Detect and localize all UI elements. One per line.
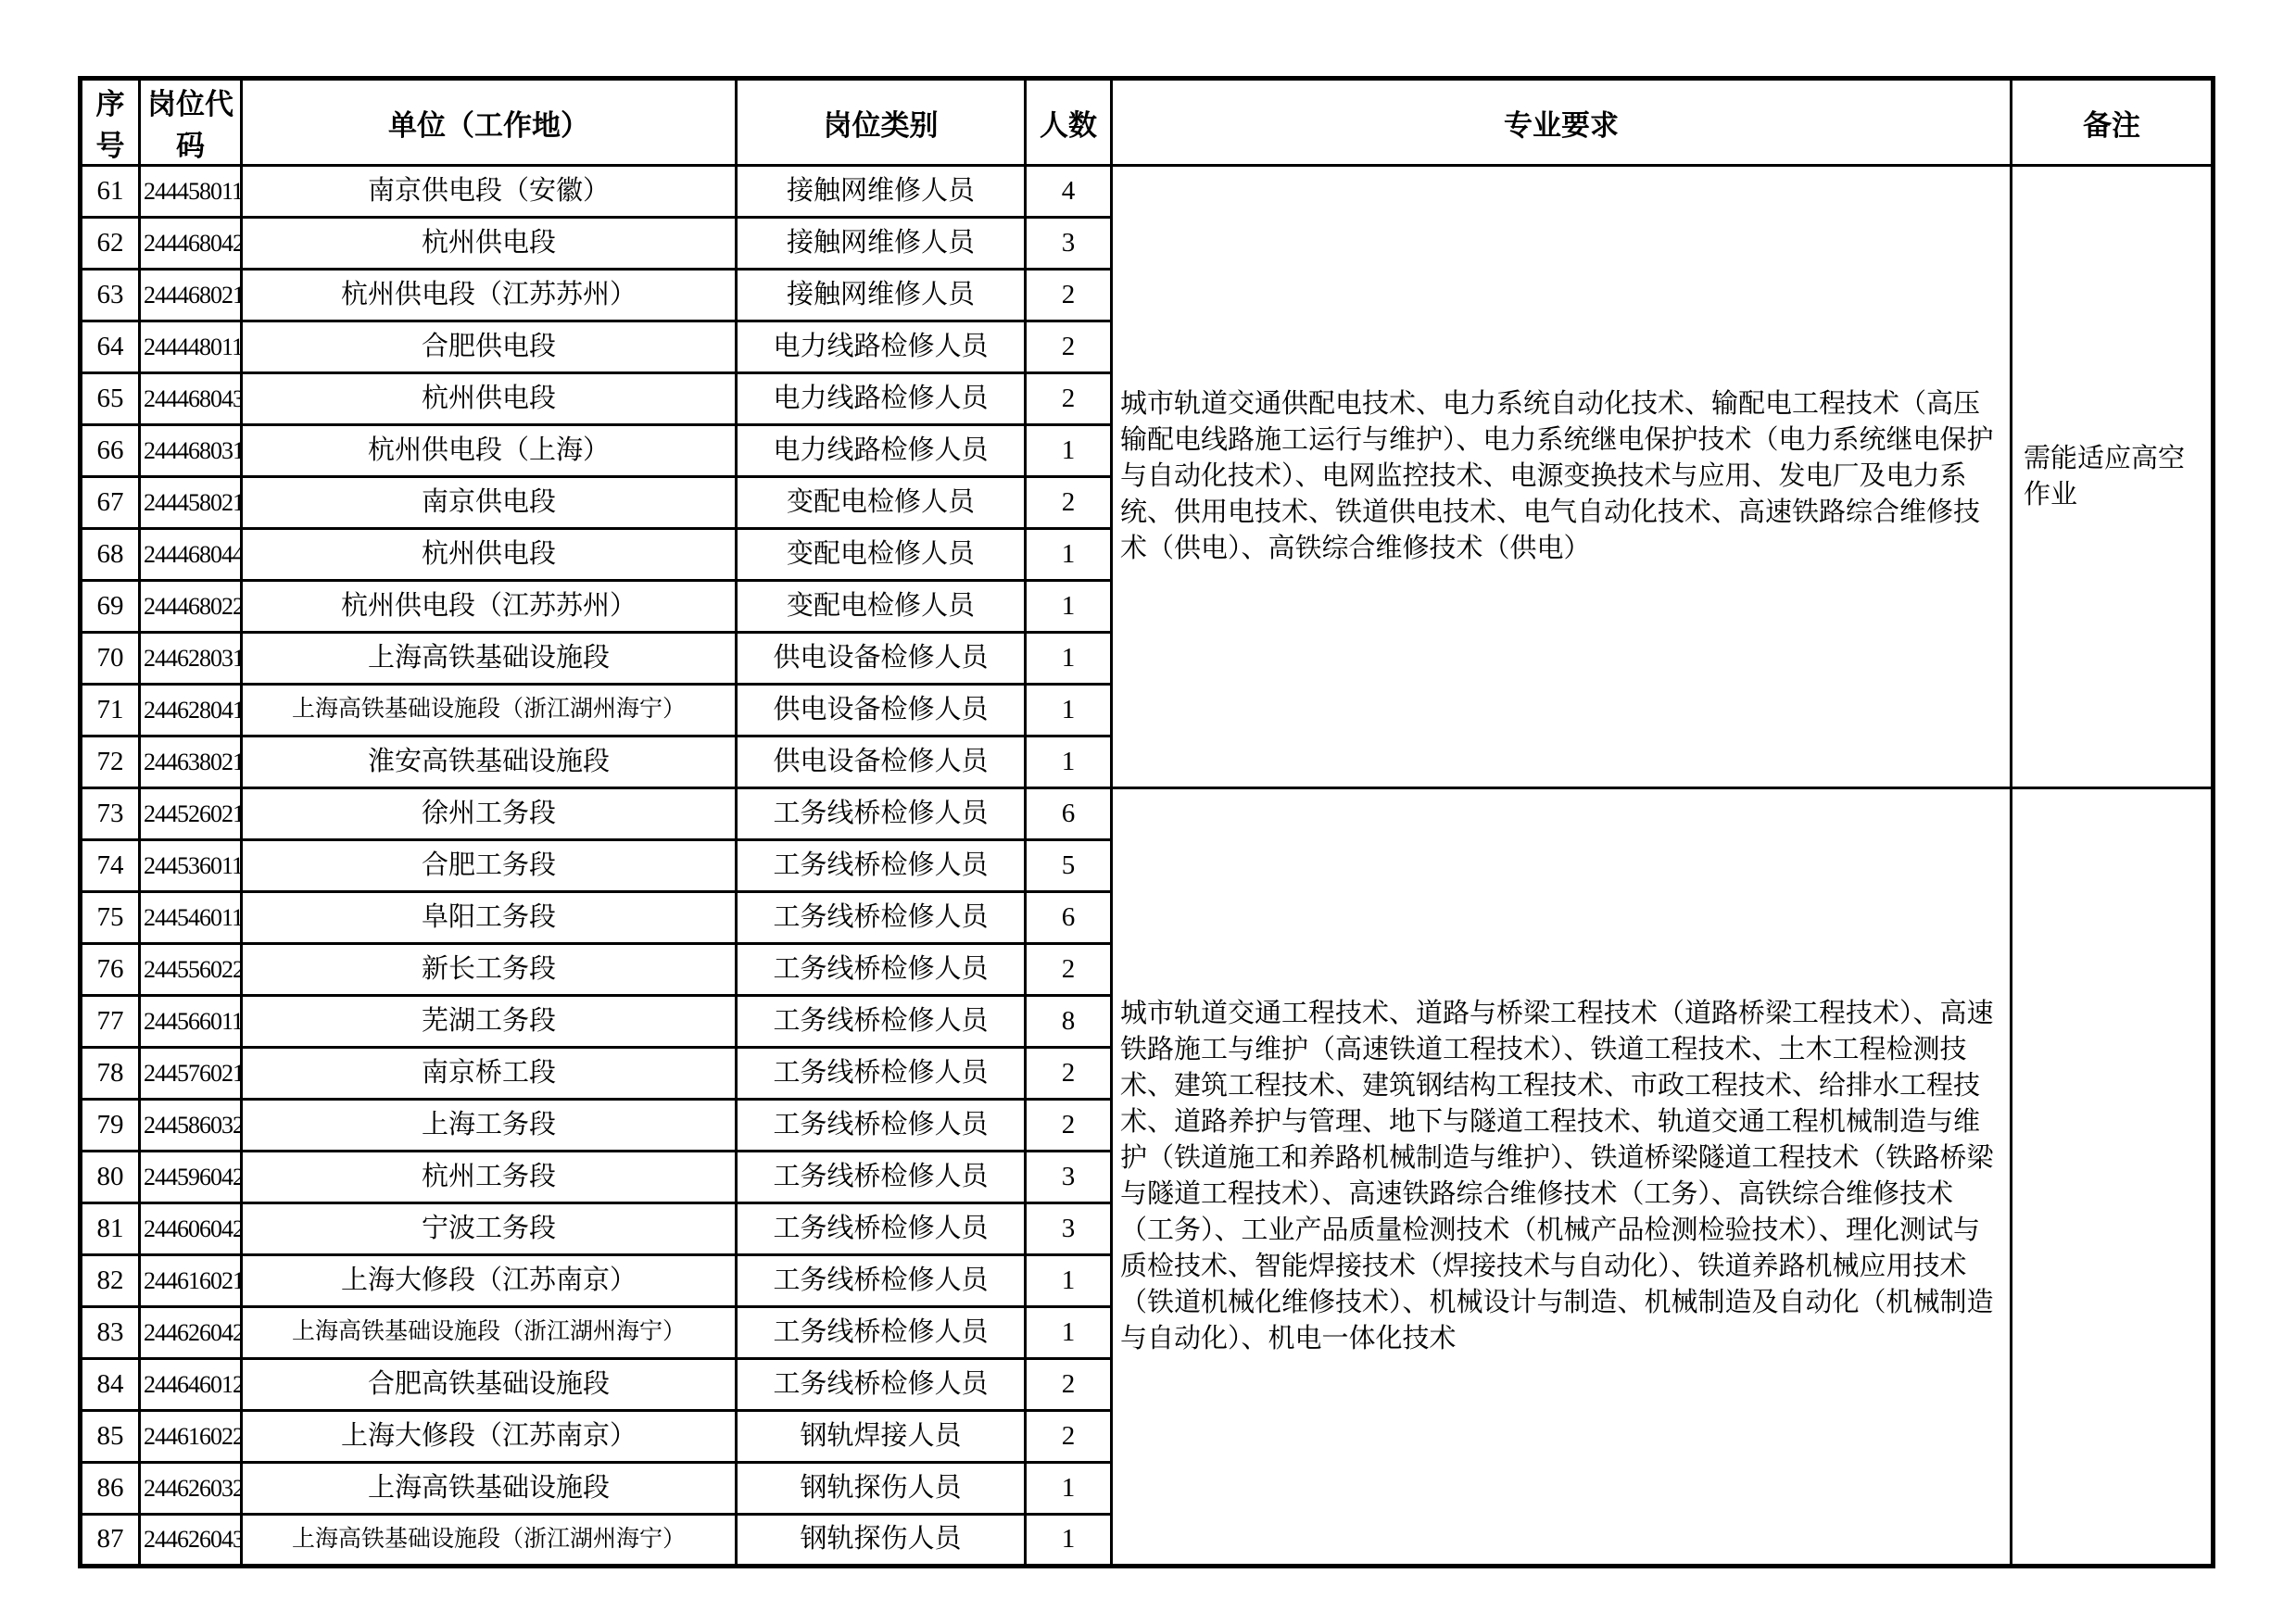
count-cell: 1	[1026, 1307, 1112, 1359]
unit-cell: 杭州供电段	[242, 529, 737, 581]
count-cell: 1	[1026, 1255, 1112, 1307]
unit-cell: 徐州工务段	[242, 788, 737, 840]
category-cell: 钢轨探伤人员	[737, 1515, 1026, 1567]
code-cell: 244626032	[140, 1463, 242, 1515]
seq-cell: 78	[81, 1048, 140, 1100]
header-unit: 单位（工作地）	[242, 79, 737, 166]
unit-cell: 上海工务段	[242, 1100, 737, 1152]
category-cell: 供电设备检修人员	[737, 685, 1026, 736]
category-cell: 接触网维修人员	[737, 270, 1026, 321]
code-cell: 244556022	[140, 944, 242, 996]
seq-cell: 68	[81, 529, 140, 581]
seq-cell: 85	[81, 1411, 140, 1463]
category-cell: 接触网维修人员	[737, 218, 1026, 270]
count-cell: 2	[1026, 1411, 1112, 1463]
code-cell: 244468043	[140, 373, 242, 425]
category-cell: 工务线桥检修人员	[737, 944, 1026, 996]
seq-cell: 71	[81, 685, 140, 736]
count-cell: 1	[1026, 736, 1112, 788]
seq-cell: 75	[81, 892, 140, 944]
code-cell: 244576021	[140, 1048, 242, 1100]
code-cell: 244458021	[140, 477, 242, 529]
seq-cell: 84	[81, 1359, 140, 1411]
count-cell: 1	[1026, 685, 1112, 736]
table-body: 61244458011南京供电段（安徽）接触网维修人员4城市轨道交通供配电技术、…	[81, 166, 2214, 1567]
seq-cell: 64	[81, 321, 140, 373]
unit-cell: 杭州供电段（江苏苏州）	[242, 270, 737, 321]
count-cell: 3	[1026, 1203, 1112, 1255]
code-cell: 244468021	[140, 270, 242, 321]
seq-cell: 65	[81, 373, 140, 425]
category-cell: 钢轨焊接人员	[737, 1411, 1026, 1463]
seq-cell: 86	[81, 1463, 140, 1515]
header-row: 序号 岗位代码 单位（工作地） 岗位类别 人数 专业要求 备注	[81, 79, 2214, 166]
code-cell: 244526021	[140, 788, 242, 840]
recruitment-table: 序号 岗位代码 单位（工作地） 岗位类别 人数 专业要求 备注 61244458…	[78, 76, 2215, 1568]
seq-cell: 87	[81, 1515, 140, 1567]
code-cell: 244606042	[140, 1203, 242, 1255]
header-remark: 备注	[2012, 79, 2214, 166]
seq-cell: 66	[81, 425, 140, 477]
count-cell: 8	[1026, 996, 1112, 1048]
unit-cell: 合肥供电段	[242, 321, 737, 373]
unit-cell: 合肥高铁基础设施段	[242, 1359, 737, 1411]
unit-cell: 芜湖工务段	[242, 996, 737, 1048]
count-cell: 2	[1026, 270, 1112, 321]
count-cell: 1	[1026, 581, 1112, 633]
count-cell: 3	[1026, 218, 1112, 270]
code-cell: 244536011	[140, 840, 242, 892]
category-cell: 工务线桥检修人员	[737, 1255, 1026, 1307]
unit-cell: 上海高铁基础设施段（浙江湖州海宁）	[242, 1307, 737, 1359]
count-cell: 2	[1026, 477, 1112, 529]
count-cell: 5	[1026, 840, 1112, 892]
category-cell: 变配电检修人员	[737, 477, 1026, 529]
code-cell: 244628031	[140, 633, 242, 685]
seq-cell: 61	[81, 166, 140, 218]
unit-cell: 淮安高铁基础设施段	[242, 736, 737, 788]
category-cell: 变配电检修人员	[737, 529, 1026, 581]
code-cell: 244616022	[140, 1411, 242, 1463]
category-cell: 电力线路检修人员	[737, 373, 1026, 425]
unit-cell: 上海高铁基础设施段（浙江湖州海宁）	[242, 685, 737, 736]
seq-cell: 67	[81, 477, 140, 529]
header-requirement: 专业要求	[1112, 79, 2012, 166]
code-cell: 244586032	[140, 1100, 242, 1152]
seq-cell: 63	[81, 270, 140, 321]
category-cell: 工务线桥检修人员	[737, 1307, 1026, 1359]
category-cell: 工务线桥检修人员	[737, 1203, 1026, 1255]
code-cell: 244616021	[140, 1255, 242, 1307]
header-seq: 序号	[81, 79, 140, 166]
unit-cell: 宁波工务段	[242, 1203, 737, 1255]
category-cell: 工务线桥检修人员	[737, 788, 1026, 840]
document-page: 序号 岗位代码 单位（工作地） 岗位类别 人数 专业要求 备注 61244458…	[0, 0, 2296, 1624]
count-cell: 2	[1026, 373, 1112, 425]
header-category: 岗位类别	[737, 79, 1026, 166]
code-cell: 244448011	[140, 321, 242, 373]
count-cell: 4	[1026, 166, 1112, 218]
count-cell: 2	[1026, 321, 1112, 373]
unit-cell: 上海大修段（江苏南京）	[242, 1255, 737, 1307]
category-cell: 工务线桥检修人员	[737, 1359, 1026, 1411]
seq-cell: 73	[81, 788, 140, 840]
count-cell: 1	[1026, 425, 1112, 477]
count-cell: 6	[1026, 788, 1112, 840]
category-cell: 电力线路检修人员	[737, 425, 1026, 477]
category-cell: 电力线路检修人员	[737, 321, 1026, 373]
table-row: 61244458011南京供电段（安徽）接触网维修人员4城市轨道交通供配电技术、…	[81, 166, 2214, 218]
requirement-cell: 城市轨道交通工程技术、道路与桥梁工程技术（道路桥梁工程技术）、高速铁路施工与维护…	[1112, 788, 2012, 1567]
unit-cell: 上海高铁基础设施段（浙江湖州海宁）	[242, 1515, 737, 1567]
count-cell: 2	[1026, 1100, 1112, 1152]
count-cell: 6	[1026, 892, 1112, 944]
header-code: 岗位代码	[140, 79, 242, 166]
seq-cell: 72	[81, 736, 140, 788]
category-cell: 工务线桥检修人员	[737, 1048, 1026, 1100]
seq-cell: 81	[81, 1203, 140, 1255]
seq-cell: 79	[81, 1100, 140, 1152]
count-cell: 1	[1026, 633, 1112, 685]
code-cell: 244596042	[140, 1152, 242, 1203]
seq-cell: 76	[81, 944, 140, 996]
header-count: 人数	[1026, 79, 1112, 166]
category-cell: 变配电检修人员	[737, 581, 1026, 633]
code-cell: 244468044	[140, 529, 242, 581]
count-cell: 2	[1026, 1359, 1112, 1411]
category-cell: 工务线桥检修人员	[737, 892, 1026, 944]
count-cell: 1	[1026, 1515, 1112, 1567]
count-cell: 2	[1026, 944, 1112, 996]
unit-cell: 合肥工务段	[242, 840, 737, 892]
category-cell: 工务线桥检修人员	[737, 840, 1026, 892]
remark-cell	[2012, 788, 2214, 1567]
code-cell: 244626043	[140, 1515, 242, 1567]
unit-cell: 南京供电段（安徽）	[242, 166, 737, 218]
category-cell: 供电设备检修人员	[737, 633, 1026, 685]
unit-cell: 杭州供电段（江苏苏州）	[242, 581, 737, 633]
unit-cell: 新长工务段	[242, 944, 737, 996]
code-cell: 244566011	[140, 996, 242, 1048]
unit-cell: 上海高铁基础设施段	[242, 633, 737, 685]
code-cell: 244646012	[140, 1359, 242, 1411]
seq-cell: 82	[81, 1255, 140, 1307]
code-cell: 244546011	[140, 892, 242, 944]
unit-cell: 杭州供电段	[242, 373, 737, 425]
seq-cell: 80	[81, 1152, 140, 1203]
seq-cell: 62	[81, 218, 140, 270]
code-cell: 244458011	[140, 166, 242, 218]
category-cell: 工务线桥检修人员	[737, 1152, 1026, 1203]
unit-cell: 南京桥工段	[242, 1048, 737, 1100]
seq-cell: 83	[81, 1307, 140, 1359]
count-cell: 3	[1026, 1152, 1112, 1203]
unit-cell: 杭州工务段	[242, 1152, 737, 1203]
code-cell: 244628041	[140, 685, 242, 736]
seq-cell: 74	[81, 840, 140, 892]
unit-cell: 杭州供电段（上海）	[242, 425, 737, 477]
code-cell: 244468031	[140, 425, 242, 477]
category-cell: 钢轨探伤人员	[737, 1463, 1026, 1515]
table-row: 73244526021徐州工务段工务线桥检修人员6城市轨道交通工程技术、道路与桥…	[81, 788, 2214, 840]
unit-cell: 南京供电段	[242, 477, 737, 529]
unit-cell: 上海大修段（江苏南京）	[242, 1411, 737, 1463]
remark-cell: 需能适应高空作业	[2012, 166, 2214, 788]
category-cell: 工务线桥检修人员	[737, 996, 1026, 1048]
seq-cell: 69	[81, 581, 140, 633]
unit-cell: 上海高铁基础设施段	[242, 1463, 737, 1515]
unit-cell: 杭州供电段	[242, 218, 737, 270]
code-cell: 244468022	[140, 581, 242, 633]
count-cell: 1	[1026, 529, 1112, 581]
seq-cell: 77	[81, 996, 140, 1048]
seq-cell: 70	[81, 633, 140, 685]
category-cell: 供电设备检修人员	[737, 736, 1026, 788]
count-cell: 1	[1026, 1463, 1112, 1515]
category-cell: 接触网维修人员	[737, 166, 1026, 218]
code-cell: 244638021	[140, 736, 242, 788]
unit-cell: 阜阳工务段	[242, 892, 737, 944]
requirement-cell: 城市轨道交通供配电技术、电力系统自动化技术、输配电工程技术（高压输配电线路施工运…	[1112, 166, 2012, 788]
category-cell: 工务线桥检修人员	[737, 1100, 1026, 1152]
code-cell: 244626042	[140, 1307, 242, 1359]
code-cell: 244468042	[140, 218, 242, 270]
count-cell: 2	[1026, 1048, 1112, 1100]
